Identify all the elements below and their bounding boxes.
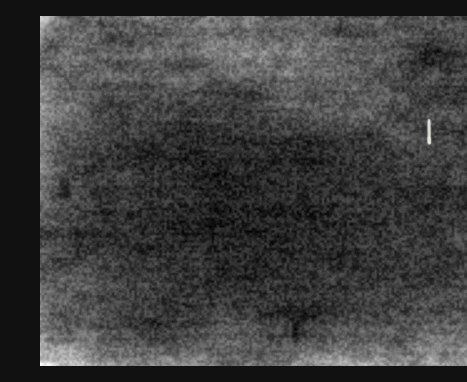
textured-surface-photo [40, 16, 467, 366]
texture-canvas [40, 16, 467, 366]
